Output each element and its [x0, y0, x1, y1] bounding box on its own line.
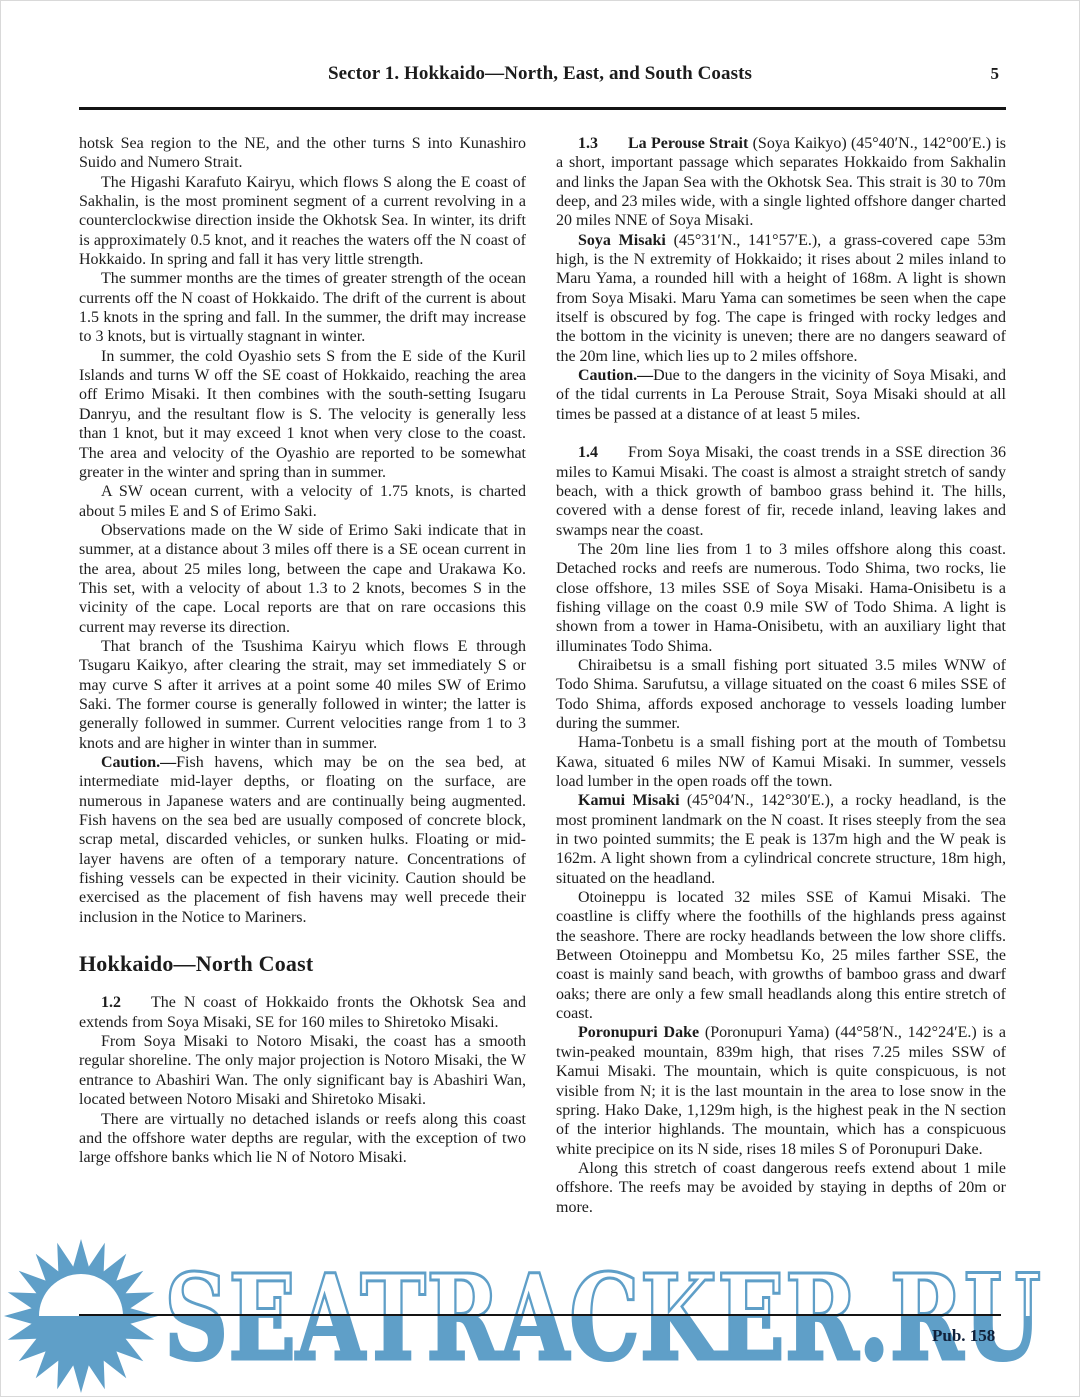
paragraph: Kamui Misaki (45°04′N., 142°30′E.), a ro…	[556, 791, 1006, 888]
paragraph: A SW ocean current, with a velocity of 1…	[79, 482, 526, 521]
left-column: hotsk Sea region to the NE, and the othe…	[79, 134, 526, 1168]
publication-number: Pub. 158	[932, 1326, 995, 1346]
text-run: (Poronupuri Yama) (44°58′N., 142°24′E.) …	[556, 1024, 1006, 1157]
paragraph: 1.2The N coast of Hokkaido fronts the Ok…	[79, 993, 526, 1032]
text-run: There are virtually no detached islands …	[79, 1111, 526, 1167]
text-run: Hama-Tonbetu is a small fishing port at …	[556, 734, 1006, 790]
header-rule	[79, 107, 1006, 110]
text-run: (Soya Kaikyo) (45°40′N., 142°00′E.) is a…	[556, 135, 1006, 229]
paragraph: The 20m line lies from 1 to 3 miles offs…	[556, 540, 1006, 656]
document-page: SEATRACKER.RU SEATRACKER.RU Sector 1. Ho…	[0, 0, 1080, 1397]
text-run: 1.3	[578, 135, 598, 152]
paragraph: There are virtually no detached islands …	[79, 1110, 526, 1168]
text-run: 1.4	[578, 444, 598, 461]
text-run: The N coast of Hokkaido fronts the Okhot…	[79, 994, 526, 1030]
paragraph: Caution.—Fish havens, which may be on th…	[79, 753, 526, 927]
right-column: 1.3La Perouse Strait (Soya Kaikyo) (45°4…	[556, 134, 1006, 1217]
text-run: La Perouse Strait	[628, 135, 748, 152]
text-run: From Soya Misaki, the coast trends in a …	[556, 444, 1006, 538]
paragraph: That branch of the Tsushima Kairyu which…	[79, 637, 526, 753]
paragraph: Otoineppu is located 32 miles SSE of Kam…	[556, 888, 1006, 1023]
paragraph: 1.4From Soya Misaki, the coast trends in…	[556, 443, 1006, 540]
text-run: Soya Misaki	[578, 232, 666, 249]
paragraph: The Higashi Karafuto Kairyu, which flows…	[79, 173, 526, 270]
text-run: In summer, the cold Oyashio sets S from …	[79, 348, 526, 481]
paragraph: From Soya Misaki to Notoro Misaki, the c…	[79, 1032, 526, 1109]
paragraph: Along this stretch of coast dangerous re…	[556, 1159, 1006, 1217]
text-run: The 20m line lies from 1 to 3 miles offs…	[556, 541, 1006, 655]
text-run: Fish havens, which may be on the sea bed…	[79, 754, 526, 926]
text-run: Chiraibetsu is a small fishing port situ…	[556, 657, 1006, 732]
footer-rule	[79, 1314, 1001, 1316]
text-run: Poronupuri Dake	[578, 1024, 699, 1041]
paragraph: hotsk Sea region to the NE, and the othe…	[79, 134, 526, 173]
text-run: The summer months are the times of great…	[79, 270, 526, 345]
page-title: Sector 1. Hokkaido—North, East, and Sout…	[1, 63, 1079, 85]
text-run: Caution.—	[578, 367, 653, 384]
paragraph: Hama-Tonbetu is a small fishing port at …	[556, 733, 1006, 791]
text-run: Otoineppu is located 32 miles SSE of Kam…	[556, 889, 1006, 1022]
page-content: Sector 1. Hokkaido—North, East, and Sout…	[1, 1, 1079, 1396]
text-run: Caution.—	[101, 754, 176, 771]
section-heading: Hokkaido—North Coast	[79, 954, 526, 973]
text-run: 1.2	[101, 994, 121, 1011]
paragraph: The summer months are the times of great…	[79, 269, 526, 346]
text-run: Along this stretch of coast dangerous re…	[556, 1160, 1006, 1216]
text-run: That branch of the Tsushima Kairyu which…	[79, 638, 526, 752]
paragraph: In summer, the cold Oyashio sets S from …	[79, 347, 526, 482]
paragraph: Observations made on the W side of Erimo…	[79, 521, 526, 637]
paragraph: Soya Misaki (45°31′N., 141°57′E.), a gra…	[556, 231, 1006, 366]
paragraph: Chiraibetsu is a small fishing port situ…	[556, 656, 1006, 733]
text-run: A SW ocean current, with a velocity of 1…	[79, 483, 526, 519]
paragraph: Poronupuri Dake (Poronupuri Yama) (44°58…	[556, 1023, 1006, 1158]
paragraph: 1.3La Perouse Strait (Soya Kaikyo) (45°4…	[556, 134, 1006, 231]
text-run: Observations made on the W side of Erimo…	[79, 522, 526, 636]
text-run: From Soya Misaki to Notoro Misaki, the c…	[79, 1033, 526, 1108]
text-run: hotsk Sea region to the NE, and the othe…	[79, 135, 526, 171]
text-run: Kamui Misaki	[578, 792, 680, 809]
text-run: The Higashi Karafuto Kairyu, which flows…	[79, 174, 526, 268]
paragraph: Caution.—Due to the dangers in the vicin…	[556, 366, 1006, 424]
text-run: (45°31′N., 141°57′E.), a grass-covered c…	[556, 232, 1006, 365]
page-number: 5	[991, 64, 1000, 84]
